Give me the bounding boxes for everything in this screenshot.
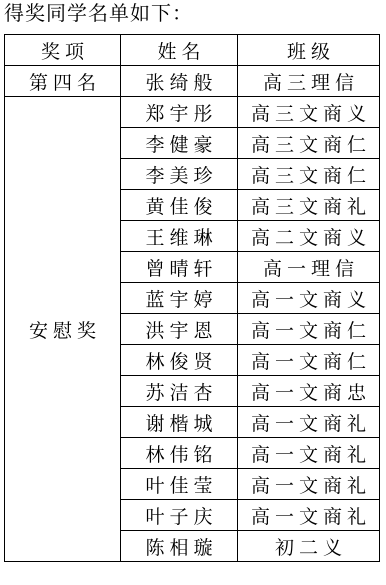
class-cell: 高三文商礼 <box>238 190 380 221</box>
page-title: 得奖同学名单如下： <box>4 2 386 26</box>
class-cell: 高三文商仁 <box>238 128 380 159</box>
name-cell: 谢楷城 <box>121 407 238 438</box>
class-cell: 高三理信 <box>238 66 380 97</box>
header-award: 奖项 <box>5 35 121 66</box>
name-cell: 蓝宇婷 <box>121 283 238 314</box>
name-cell: 李健豪 <box>121 128 238 159</box>
class-cell: 高一理信 <box>238 252 380 283</box>
name-cell: 林伟铭 <box>121 438 238 469</box>
award-cell-fourth-place: 第四名 <box>5 66 121 97</box>
awards-table: 奖项 姓名 班级 第四名 张绮般 高三理信 安慰奖 郑宇彤 高三文商义 李健豪 … <box>4 34 380 562</box>
class-cell: 高一文商仁 <box>238 314 380 345</box>
class-cell: 高三文商义 <box>238 97 380 128</box>
award-cell-consolation-prize: 安慰奖 <box>5 97 121 562</box>
name-cell: 郑宇彤 <box>121 97 238 128</box>
class-cell: 高一文商礼 <box>238 438 380 469</box>
class-cell: 高一文商礼 <box>238 407 380 438</box>
class-cell: 高三文商仁 <box>238 159 380 190</box>
class-cell: 初二义 <box>238 531 380 562</box>
name-cell: 林俊贤 <box>121 345 238 376</box>
class-cell: 高一文商义 <box>238 283 380 314</box>
name-cell: 黄佳俊 <box>121 190 238 221</box>
table-header-row: 奖项 姓名 班级 <box>5 35 380 66</box>
table-row: 第四名 张绮般 高三理信 <box>5 66 380 97</box>
name-cell: 曾晴轩 <box>121 252 238 283</box>
name-cell: 叶子庆 <box>121 500 238 531</box>
header-class: 班级 <box>238 35 380 66</box>
class-cell: 高一文商仁 <box>238 345 380 376</box>
name-cell: 张绮般 <box>121 66 238 97</box>
class-cell: 高一文商礼 <box>238 500 380 531</box>
name-cell: 洪宇恩 <box>121 314 238 345</box>
name-cell: 苏洁杏 <box>121 376 238 407</box>
name-cell: 王维琳 <box>121 221 238 252</box>
name-cell: 叶佳莹 <box>121 469 238 500</box>
name-cell: 陈相璇 <box>121 531 238 562</box>
name-cell: 李美珍 <box>121 159 238 190</box>
class-cell: 高一文商忠 <box>238 376 380 407</box>
class-cell: 高二文商义 <box>238 221 380 252</box>
header-name: 姓名 <box>121 35 238 66</box>
document-page: 得奖同学名单如下： 奖项 姓名 班级 第四名 张绮般 高三理信 安慰奖 郑宇彤 … <box>0 0 386 585</box>
class-cell: 高一文商礼 <box>238 469 380 500</box>
table-row: 安慰奖 郑宇彤 高三文商义 <box>5 97 380 128</box>
